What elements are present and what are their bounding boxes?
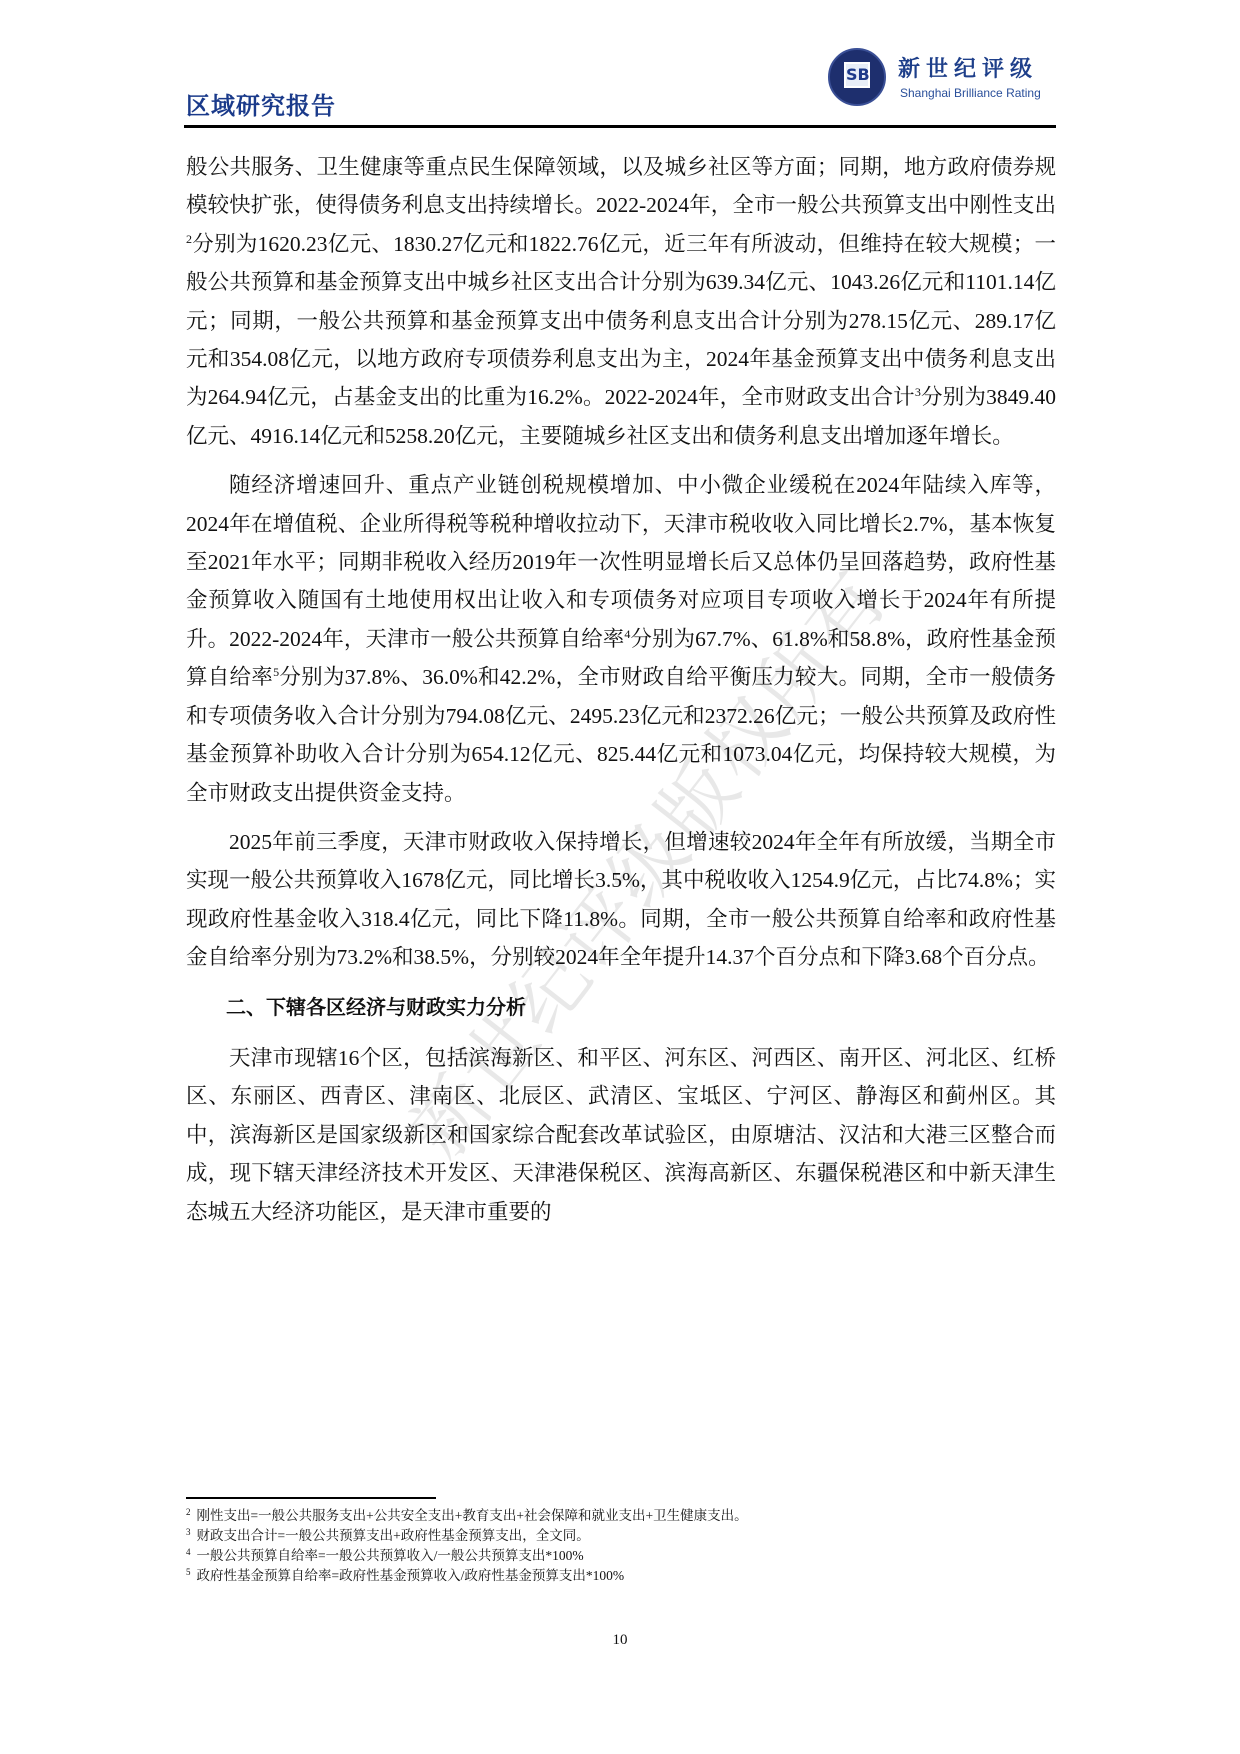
footnote-item: 3财政支出合计=一般公共预算支出+政府性基金预算支出，全文同。 [186, 1526, 1056, 1546]
footnote-item: 4一般公共预算自给率=一般公共预算收入/一般公共预算支出*100% [186, 1546, 1056, 1566]
shanghai-brilliance-emblem-icon: SB [828, 48, 886, 106]
logo-name-cn: 新世纪评级 [898, 52, 1038, 83]
footnote-item: 2刚性支出=一般公共服务支出+公共安全支出+教育支出+社会保障和就业支出+卫生健… [186, 1506, 1056, 1526]
footnote-item: 5政府性基金预算自给率=政府性基金预算收入/政府性基金预算支出*100% [186, 1566, 1056, 1586]
logo-name-en: Shanghai Brilliance Rating [900, 86, 1041, 100]
company-logo: SB 新世纪评级 Shanghai Brilliance Rating [828, 46, 1078, 116]
paragraph-expenditure: 般公共服务、卫生健康等重点民生保障领域，以及城乡社区等方面；同期，地方政府债券规… [186, 148, 1056, 455]
paragraph-2025-q3: 2025年前三季度，天津市财政收入保持增长，但增速较2024年全年有所放缓，当期… [186, 823, 1056, 977]
page-number: 10 [0, 1632, 1240, 1649]
paragraph-revenue: 随经济增速回升、重点产业链创税规模增加、中小微企业缓税在2024年陆续入库等，2… [186, 466, 1056, 812]
emblem-monogram: SB [844, 62, 870, 88]
report-type-title: 区域研究报告 [186, 86, 336, 121]
footnote-divider [186, 1497, 436, 1499]
footnotes: 2刚性支出=一般公共服务支出+公共安全支出+教育支出+社会保障和就业支出+卫生健… [186, 1506, 1056, 1586]
document-body: 般公共服务、卫生健康等重点民生保障领域，以及城乡社区等方面；同期，地方政府债券规… [186, 148, 1056, 1242]
paragraph-districts: 天津市现辖16个区，包括滨海新区、和平区、河东区、河西区、南开区、河北区、红桥区… [186, 1039, 1056, 1231]
section-heading: 二、下辖各区经济与财政实力分析 [186, 988, 1056, 1026]
header-divider [184, 125, 1056, 128]
